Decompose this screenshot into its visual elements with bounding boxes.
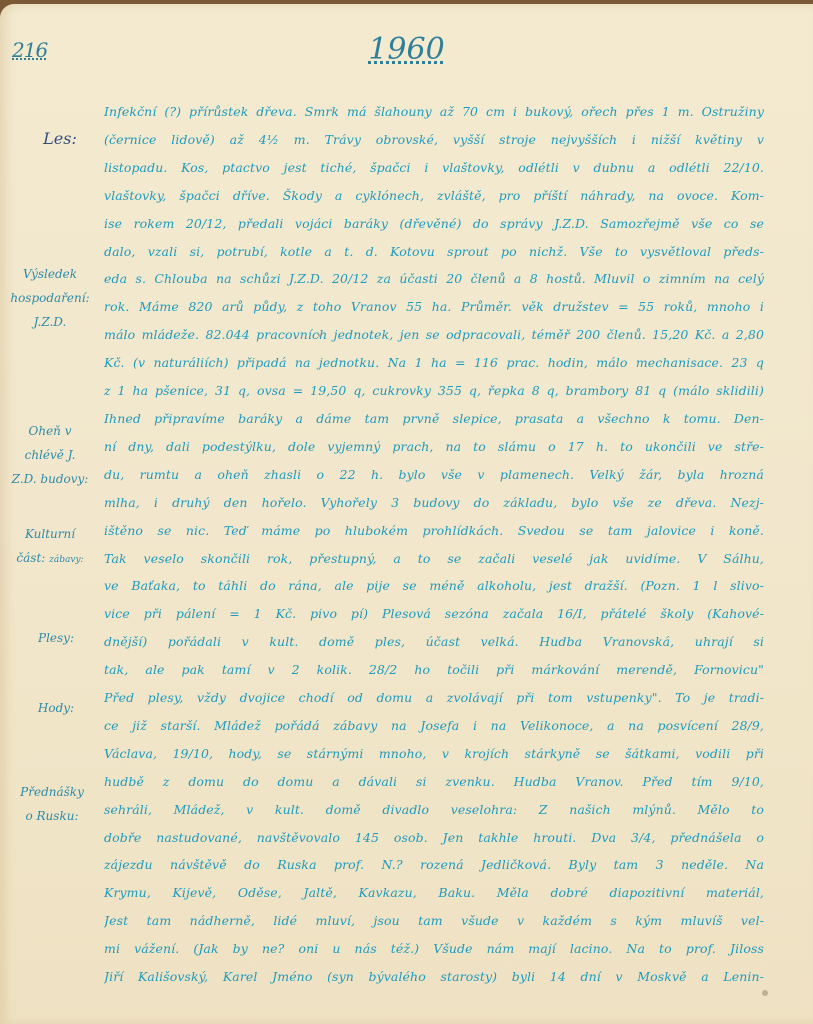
text-line: z 1 ha pšenice, 31 q, ovsa = 19,50 q, cu… [104, 377, 764, 405]
paper-speck [318, 334, 321, 337]
text-line: (černice lidově) až 4½ m. Trávy obrovské… [104, 126, 764, 154]
text-line: ce již starší. Mládež pořádá zábavy na J… [104, 712, 764, 740]
text-line: Kč. (v naturáliích) připadá na jednotku.… [104, 349, 764, 377]
margin-note-kulturni-cast: Kulturní část: zábavy: [4, 522, 96, 572]
text-line: mlha, i druhý den hořelo. Vyhořely 3 bud… [104, 489, 764, 517]
paper-speck [762, 990, 768, 996]
year-heading: 1960 [0, 32, 813, 67]
text-line: ní dny, dali podestýlku, dole vyjemný pr… [104, 433, 764, 461]
margin-note-hody: Hody: [10, 696, 102, 720]
text-line: Jiří Kališovský, Karel Jméno (syn bývalé… [104, 963, 764, 991]
text-line: vlaštovky, špačci dříve. Škody a cyklóne… [104, 182, 764, 210]
margin-note-ohen-v-chleve: Oheň v chlévě J. Z.D. budovy: [4, 419, 96, 491]
text-line: ve Baťaka, to táhli do rána, ale pije se… [104, 572, 764, 600]
margin-note-les: Les: [14, 127, 106, 151]
text-line: tak, ale pak tamí v 2 kolik. 28/2 ho toč… [104, 656, 764, 684]
text-line: Krymu, Kijevě, Oděse, Jaltě, Kavkazu, Ba… [104, 879, 764, 907]
text-line: ise rokem 20/12, předali vojáci baráky (… [104, 210, 764, 238]
text-line: dnější) pořádali v kult. domě ples, účas… [104, 628, 764, 656]
text-line: mi vážení. (Jak by ne? oni u nás též.) V… [104, 935, 764, 963]
text-line: hudbě z domu do domu a dávali si zvenku.… [104, 768, 764, 796]
text-line: Před plesy, vždy dvojice chodí od domu a… [104, 684, 764, 712]
text-line: Tak veselo skončili rok, přestupný, a to… [104, 545, 764, 573]
text-line: ištěno se nic. Teď máme po hlubokém proh… [104, 517, 764, 545]
text-line: dobře nastudované, navštěvovalo 145 osob… [104, 824, 764, 852]
text-line: Ihned připravíme baráky a dáme tam prvně… [104, 405, 764, 433]
text-line: vice při pálení = 1 Kč. pivo pí) Plesová… [104, 600, 764, 628]
text-line: Jest tam nádherně, lidé mluví, jsou tam … [104, 907, 764, 935]
margin-note-prednasky-o-rusku: Přednášky o Rusku: [6, 780, 98, 828]
text-line: dalo, vzali si, potrubí, kotle a t. d. K… [104, 238, 764, 266]
text-line: zájezdu návštěvě do Ruska prof. N.? roze… [104, 851, 764, 879]
text-line: du, rumtu a oheň zhasli o 22 h. bylo vše… [104, 461, 764, 489]
text-line: Václava, 19/10, hody, se stárnými mnoho,… [104, 740, 764, 768]
text-line: listopadu. Kos, ptactvo jest tiché, špač… [104, 154, 764, 182]
text-line: sehráli, Mládež, v kult. domě divadlo ve… [104, 796, 764, 824]
chronicle-page: 216 1960 Les: Výsledek hospodaření: J.Z.… [0, 4, 813, 1024]
margin-note-vysledek-hospodareni: Výsledek hospodaření: J.Z.D. [4, 262, 96, 334]
margin-note-plesy: Plesy: [10, 626, 102, 650]
text-line: málo mládeže. 82.044 pracovních jednotek… [104, 321, 764, 349]
text-line: rok. Máme 820 arů půdy, z toho Vranov 55… [104, 293, 764, 321]
text-line: Infekční (?) přírůstek dřeva. Smrk má šl… [104, 98, 764, 126]
chronicle-body-text: Infekční (?) přírůstek dřeva. Smrk má šl… [104, 98, 764, 991]
text-line: eda s. Chlouba na schůzi J.Z.D. 20/12 za… [104, 265, 764, 293]
